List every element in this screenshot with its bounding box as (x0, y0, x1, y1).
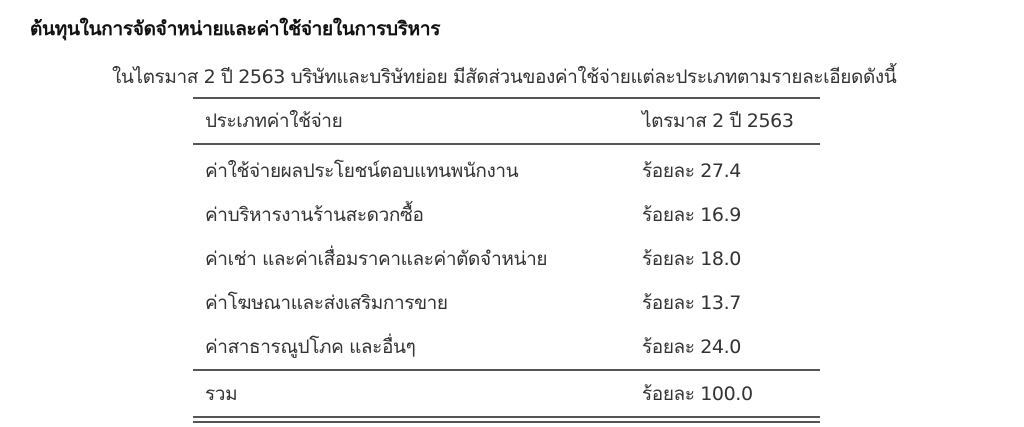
header-category: ประเภทค่าใช้จ่าย (193, 98, 636, 144)
row-category: ค่าเช่า และค่าเสื่อมราคาและค่าตัดจำหน่าย (193, 237, 636, 281)
row-value: ร้อยละ 24.0 (636, 325, 820, 370)
row-value: ร้อยละ 18.0 (636, 237, 820, 281)
table-row: ค่าบริหารงานร้านสะดวกซื้อ ร้อยละ 16.9 (193, 193, 820, 237)
row-value: ร้อยละ 27.4 (636, 144, 820, 193)
header-quarter: ไตรมาส 2 ปี 2563 (636, 98, 820, 144)
intro-paragraph: ในไตรมาส 2 ปี 2563 บริษัทและบริษัทย่อย ม… (112, 62, 896, 92)
expense-table-container: ประเภทค่าใช้จ่าย ไตรมาส 2 ปี 2563 ค่าใช้… (193, 97, 820, 423)
table-row: ค่าโฆษณาและส่งเสริมการขาย ร้อยละ 13.7 (193, 281, 820, 325)
table-row: ค่าเช่า และค่าเสื่อมราคาและค่าตัดจำหน่าย… (193, 237, 820, 281)
row-category: ค่าใช้จ่ายผลประโยชน์ตอบแทนพนักงาน (193, 144, 636, 193)
table-header-row: ประเภทค่าใช้จ่าย ไตรมาส 2 ปี 2563 (193, 98, 820, 144)
row-category: ค่าบริหารงานร้านสะดวกซื้อ (193, 193, 636, 237)
total-label: รวม (193, 370, 636, 416)
table-row: ค่าสาธารณูปโภค และอื่นๆ ร้อยละ 24.0 (193, 325, 820, 370)
row-value: ร้อยละ 13.7 (636, 281, 820, 325)
table-bottom-double-rule (193, 416, 820, 423)
row-value: ร้อยละ 16.9 (636, 193, 820, 237)
total-value: ร้อยละ 100.0 (636, 370, 820, 416)
expense-table: ประเภทค่าใช้จ่าย ไตรมาส 2 ปี 2563 ค่าใช้… (193, 97, 820, 416)
table-row: ค่าใช้จ่ายผลประโยชน์ตอบแทนพนักงาน ร้อยละ… (193, 144, 820, 193)
total-row: รวม ร้อยละ 100.0 (193, 370, 820, 416)
row-category: ค่าโฆษณาและส่งเสริมการขาย (193, 281, 636, 325)
section-title: ต้นทุนในการจัดจำหน่ายและค่าใช้จ่ายในการบ… (30, 14, 440, 44)
row-category: ค่าสาธารณูปโภค และอื่นๆ (193, 325, 636, 370)
